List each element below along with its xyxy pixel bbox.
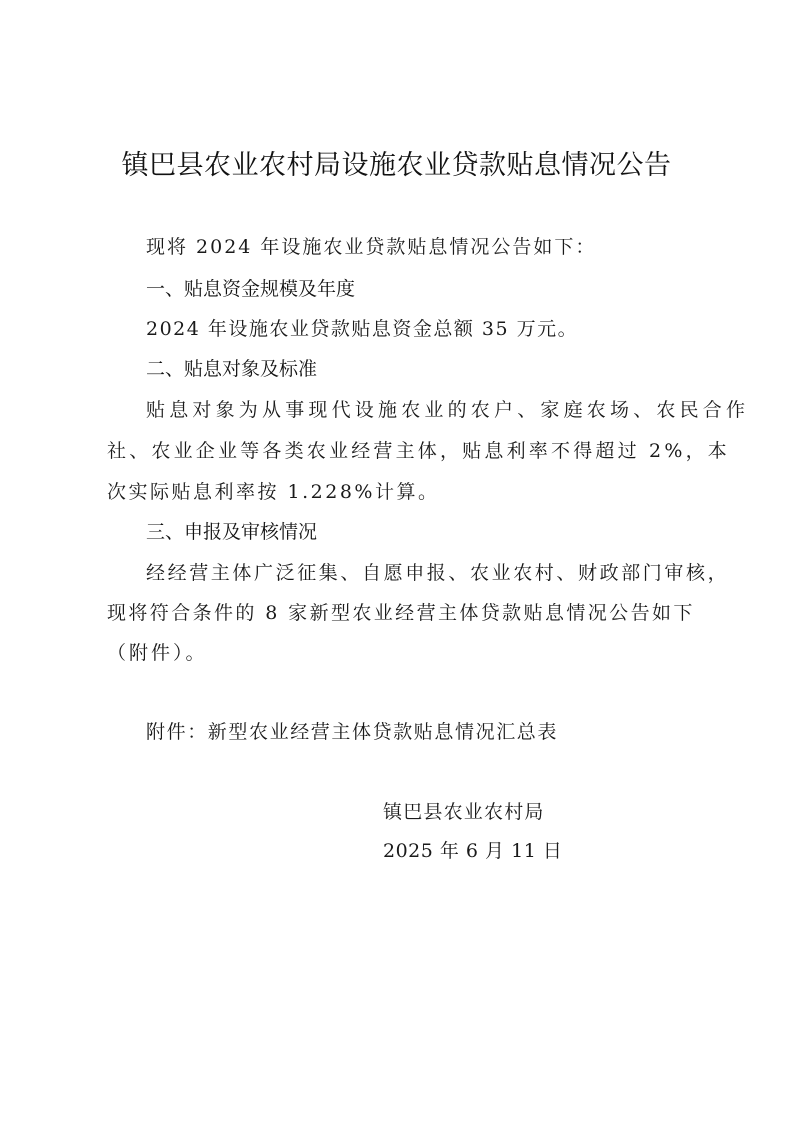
- intro-paragraph: 现将 2024 年设施农业贷款贴息情况公告如下：: [146, 232, 596, 259]
- signature-date: 2025 年 6 月 11 日: [383, 836, 562, 863]
- section-3-line-2: 现将符合条件的 8 家新型农业经营主体贷款贴息情况公告如下: [107, 598, 695, 625]
- section-2-line-2: 社、农业企业等各类农业经营主体，贴息利率不得超过 2%，本: [107, 436, 730, 463]
- section-1-line-1: 2024 年设施农业贷款贴息资金总额 35 万元。: [146, 314, 578, 341]
- section-heading-2: 二、贴息对象及标准: [146, 354, 317, 381]
- section-3-line-3: （附件）。: [107, 638, 208, 665]
- section-2-line-3: 次实际贴息利率按 1.228%计算。: [107, 477, 440, 504]
- section-2-line-1: 贴息对象为从事现代设施农业的农户、家庭农场、农民合作: [146, 395, 749, 422]
- attachment-note: 附件：新型农业经营主体贷款贴息情况汇总表: [146, 717, 558, 744]
- section-heading-3: 三、申报及审核情况: [146, 517, 317, 544]
- section-heading-1: 一、贴息资金规模及年度: [146, 274, 355, 301]
- page-title: 镇巴县农业农村局设施农业贷款贴息情况公告: [0, 143, 793, 182]
- section-3-line-1: 经经营主体广泛征集、自愿申报、农业农村、财政部门审核，: [146, 558, 729, 585]
- signature-org: 镇巴县农业农村局: [383, 797, 545, 824]
